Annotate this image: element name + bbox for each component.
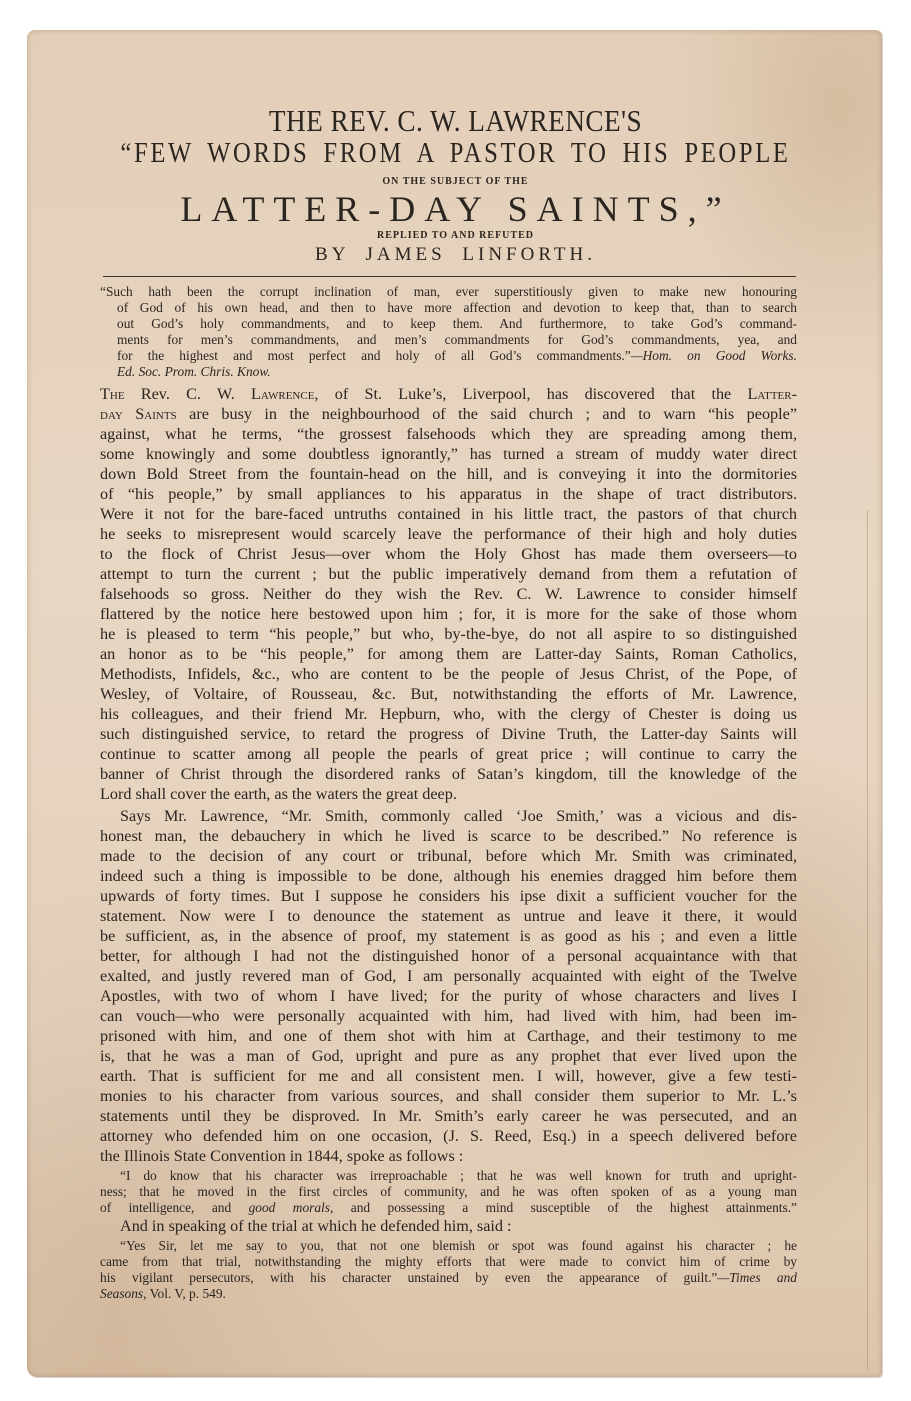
body-line: Lord shall cover the earth, as the water… [100, 785, 797, 804]
epigraph-text: for the highest and most perfect and hol… [117, 348, 631, 363]
small-caps-text: day Saints [100, 405, 177, 423]
quote-citation-ref: , Vol. V, p. 549. [143, 1286, 226, 1301]
small-caps-text: Latter- [748, 385, 798, 403]
quote-line: ness; that he moved in the first circles… [100, 1184, 797, 1200]
body-line: flattered by the notice here bestowed up… [100, 605, 797, 624]
quote-line: “I do know that his character was irrepr… [120, 1168, 797, 1184]
quote-emphasis: good morals [249, 1200, 330, 1215]
title-divider [103, 276, 796, 277]
body-line: the Illinois State Convention in 1844, s… [100, 1147, 797, 1166]
body-line: monies to his character from various sou… [100, 1087, 797, 1106]
body-line: statements until they be disproved. In M… [100, 1107, 797, 1126]
epigraph-line: for the highest and most perfect and hol… [117, 348, 797, 364]
body-line: better, for although I had not the disti… [100, 947, 797, 966]
body-line: his colleagues, and their friend Mr. Hep… [100, 705, 797, 724]
epigraph-citation-source: Ed. Soc. Prom. Chris. Know. [117, 364, 797, 380]
title-main: LATTER-DAY SAINTS,” [0, 189, 911, 229]
body-line: prisoned with him, and one of them shot … [100, 1027, 797, 1046]
title-line-3: ON THE SUBJECT OF THE [0, 176, 911, 188]
epigraph-line: of God of his own head, and then to have… [117, 300, 797, 316]
body-text: are busy in the neighbourhood of the sai… [177, 405, 797, 423]
body-line: an honor as to be “his people,” for amon… [100, 645, 797, 664]
quote-line: Seasons, Vol. V, p. 549. [100, 1286, 797, 1302]
body-line: falsehoods so gross. Neither do they wis… [100, 585, 797, 604]
quote-line: his vigilant persecutors, with his chara… [100, 1270, 797, 1286]
body-line: Were it not for the bare-faced untruths … [100, 505, 797, 524]
body-line: Says Mr. Lawrence, “Mr. Smith, commonly … [120, 807, 797, 826]
title-line-2: “FEW WORDS FROM A PASTOR TO HIS PEOPLE [55, 138, 857, 170]
quote-text: his vigilant persecutors, with his chara… [100, 1270, 717, 1285]
body-line: Apostles, with two of whom I have lived;… [100, 987, 797, 1006]
body-line: indeed such a thing is impossible to be … [100, 867, 797, 886]
quote-citation: —Times and [717, 1270, 797, 1285]
body-line: earth. That is sufficient for me and all… [100, 1067, 797, 1086]
body-line: he seeks to misrepresent would scarcely … [100, 525, 797, 544]
quote-text: of intelligence, and [100, 1200, 249, 1215]
body-line: exalted, and justly revered man of God, … [100, 967, 797, 986]
quote-line: “Yes Sir, let me say to you, that not on… [120, 1238, 797, 1254]
author-line: BY JAMES LINFORTH. [0, 243, 911, 267]
small-caps-text: The [100, 385, 125, 403]
paragraph-3: And in speaking of the trial at which he… [120, 1217, 797, 1236]
quote-line: of intelligence, and good morals, and po… [100, 1200, 797, 1216]
body-line: of “his people,” by small appliances to … [100, 485, 797, 504]
body-text: Rev. C. W. [125, 385, 251, 403]
body-line: upwards of forty times. But I suppose he… [100, 887, 797, 906]
body-line: against, what he terms, “the grossest fa… [100, 425, 797, 444]
body-line: honest man, the debauchery in which he l… [100, 827, 797, 846]
epigraph-line: ments for men’s commandments, and men’s … [117, 332, 797, 348]
body-line: banner of Christ through the disordered … [100, 765, 797, 784]
body-line: Wesley, of Voltaire, of Rousseau, &c. Bu… [100, 685, 797, 704]
small-caps-text: Lawrence [251, 385, 314, 403]
body-line: he is pleased to term “his people,” but … [100, 625, 797, 644]
epigraph-line: out God’s holy commandments, and to keep… [117, 316, 797, 332]
body-line: statement. Now were I to denounce the st… [100, 907, 797, 926]
body-line: made to the decision of any court or tri… [100, 847, 797, 866]
body-line: is, that he was a man of God, upright an… [100, 1047, 797, 1066]
quote-text: , and possessing a mind susceptible of t… [330, 1200, 797, 1215]
epigraph-citation: —Hom. on Good Works. [631, 348, 797, 363]
title-line-1: THE REV. C. W. LAWRENCE'S [55, 104, 857, 138]
quote-citation: Seasons [100, 1286, 143, 1301]
body-line: be sufficient, as, in the absence of pro… [100, 927, 797, 946]
epigraph-line: “Such hath been the corrupt inclination … [100, 284, 797, 300]
body-line: to the flock of Christ Jesus—over whom t… [100, 545, 797, 564]
body-line: can vouch—who were personally acquainted… [100, 1007, 797, 1026]
body-line: The Rev. C. W. Lawrence, of St. Luke’s, … [100, 385, 797, 404]
title-subtitle: REPLIED TO AND REFUTED [0, 230, 911, 242]
quote-line: came from that trial, notwithstanding th… [100, 1254, 797, 1270]
body-line: day Saints are busy in the neighbourhood… [100, 405, 797, 424]
body-line: attorney who defended him on one occasio… [100, 1127, 797, 1146]
body-line: down Bold Street from the fountain-head … [100, 465, 797, 484]
body-line: such distinguished service, to retard th… [100, 725, 797, 744]
body-line: Methodists, Infidels, &c., who are conte… [100, 665, 797, 684]
body-line: continue to scatter among all people the… [100, 745, 797, 764]
body-line: some knowingly and some doubtless ignora… [100, 445, 797, 464]
body-line: attempt to turn the current ; but the pu… [100, 565, 797, 584]
body-text: , of St. Luke’s, Liverpool, has discover… [314, 385, 747, 403]
